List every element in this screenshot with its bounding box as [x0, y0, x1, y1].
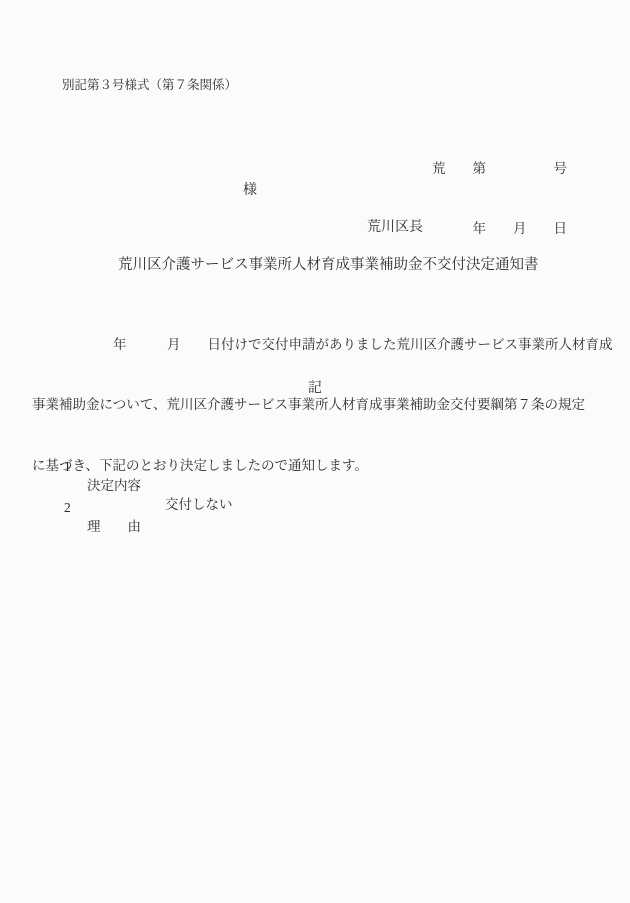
record-marker: 記	[0, 379, 630, 398]
sender-name: 荒川区長	[367, 218, 423, 237]
item-1-number: 1	[64, 457, 71, 476]
body-line-1: 年 月 日付けで交付申請がありました荒川区介護サービス事業所人材育成	[32, 335, 612, 355]
doc-date-line: 年 月 日	[432, 219, 567, 239]
item-2-number: 2	[64, 498, 71, 517]
body-line-2: 事業補助金について、荒川区介護サービス事業所人材育成事業補助金交付要綱第７条の規…	[32, 395, 612, 415]
item-2-label: 理 由	[87, 517, 141, 536]
notice-document-page: 別記第３号様式（第７条関係） 荒 第 号 年 月 日 様 荒川区長 荒川区介護サ…	[0, 0, 630, 903]
doc-number-line: 荒 第 号	[432, 159, 567, 179]
addressee-honorific: 様	[243, 181, 257, 200]
decision-item-2: 2 理 由	[0, 479, 630, 574]
document-title: 荒川区介護サービス事業所人材育成事業補助金不交付決定通知書	[118, 255, 539, 275]
form-number-note: 別記第３号様式（第７条関係）	[62, 77, 237, 94]
